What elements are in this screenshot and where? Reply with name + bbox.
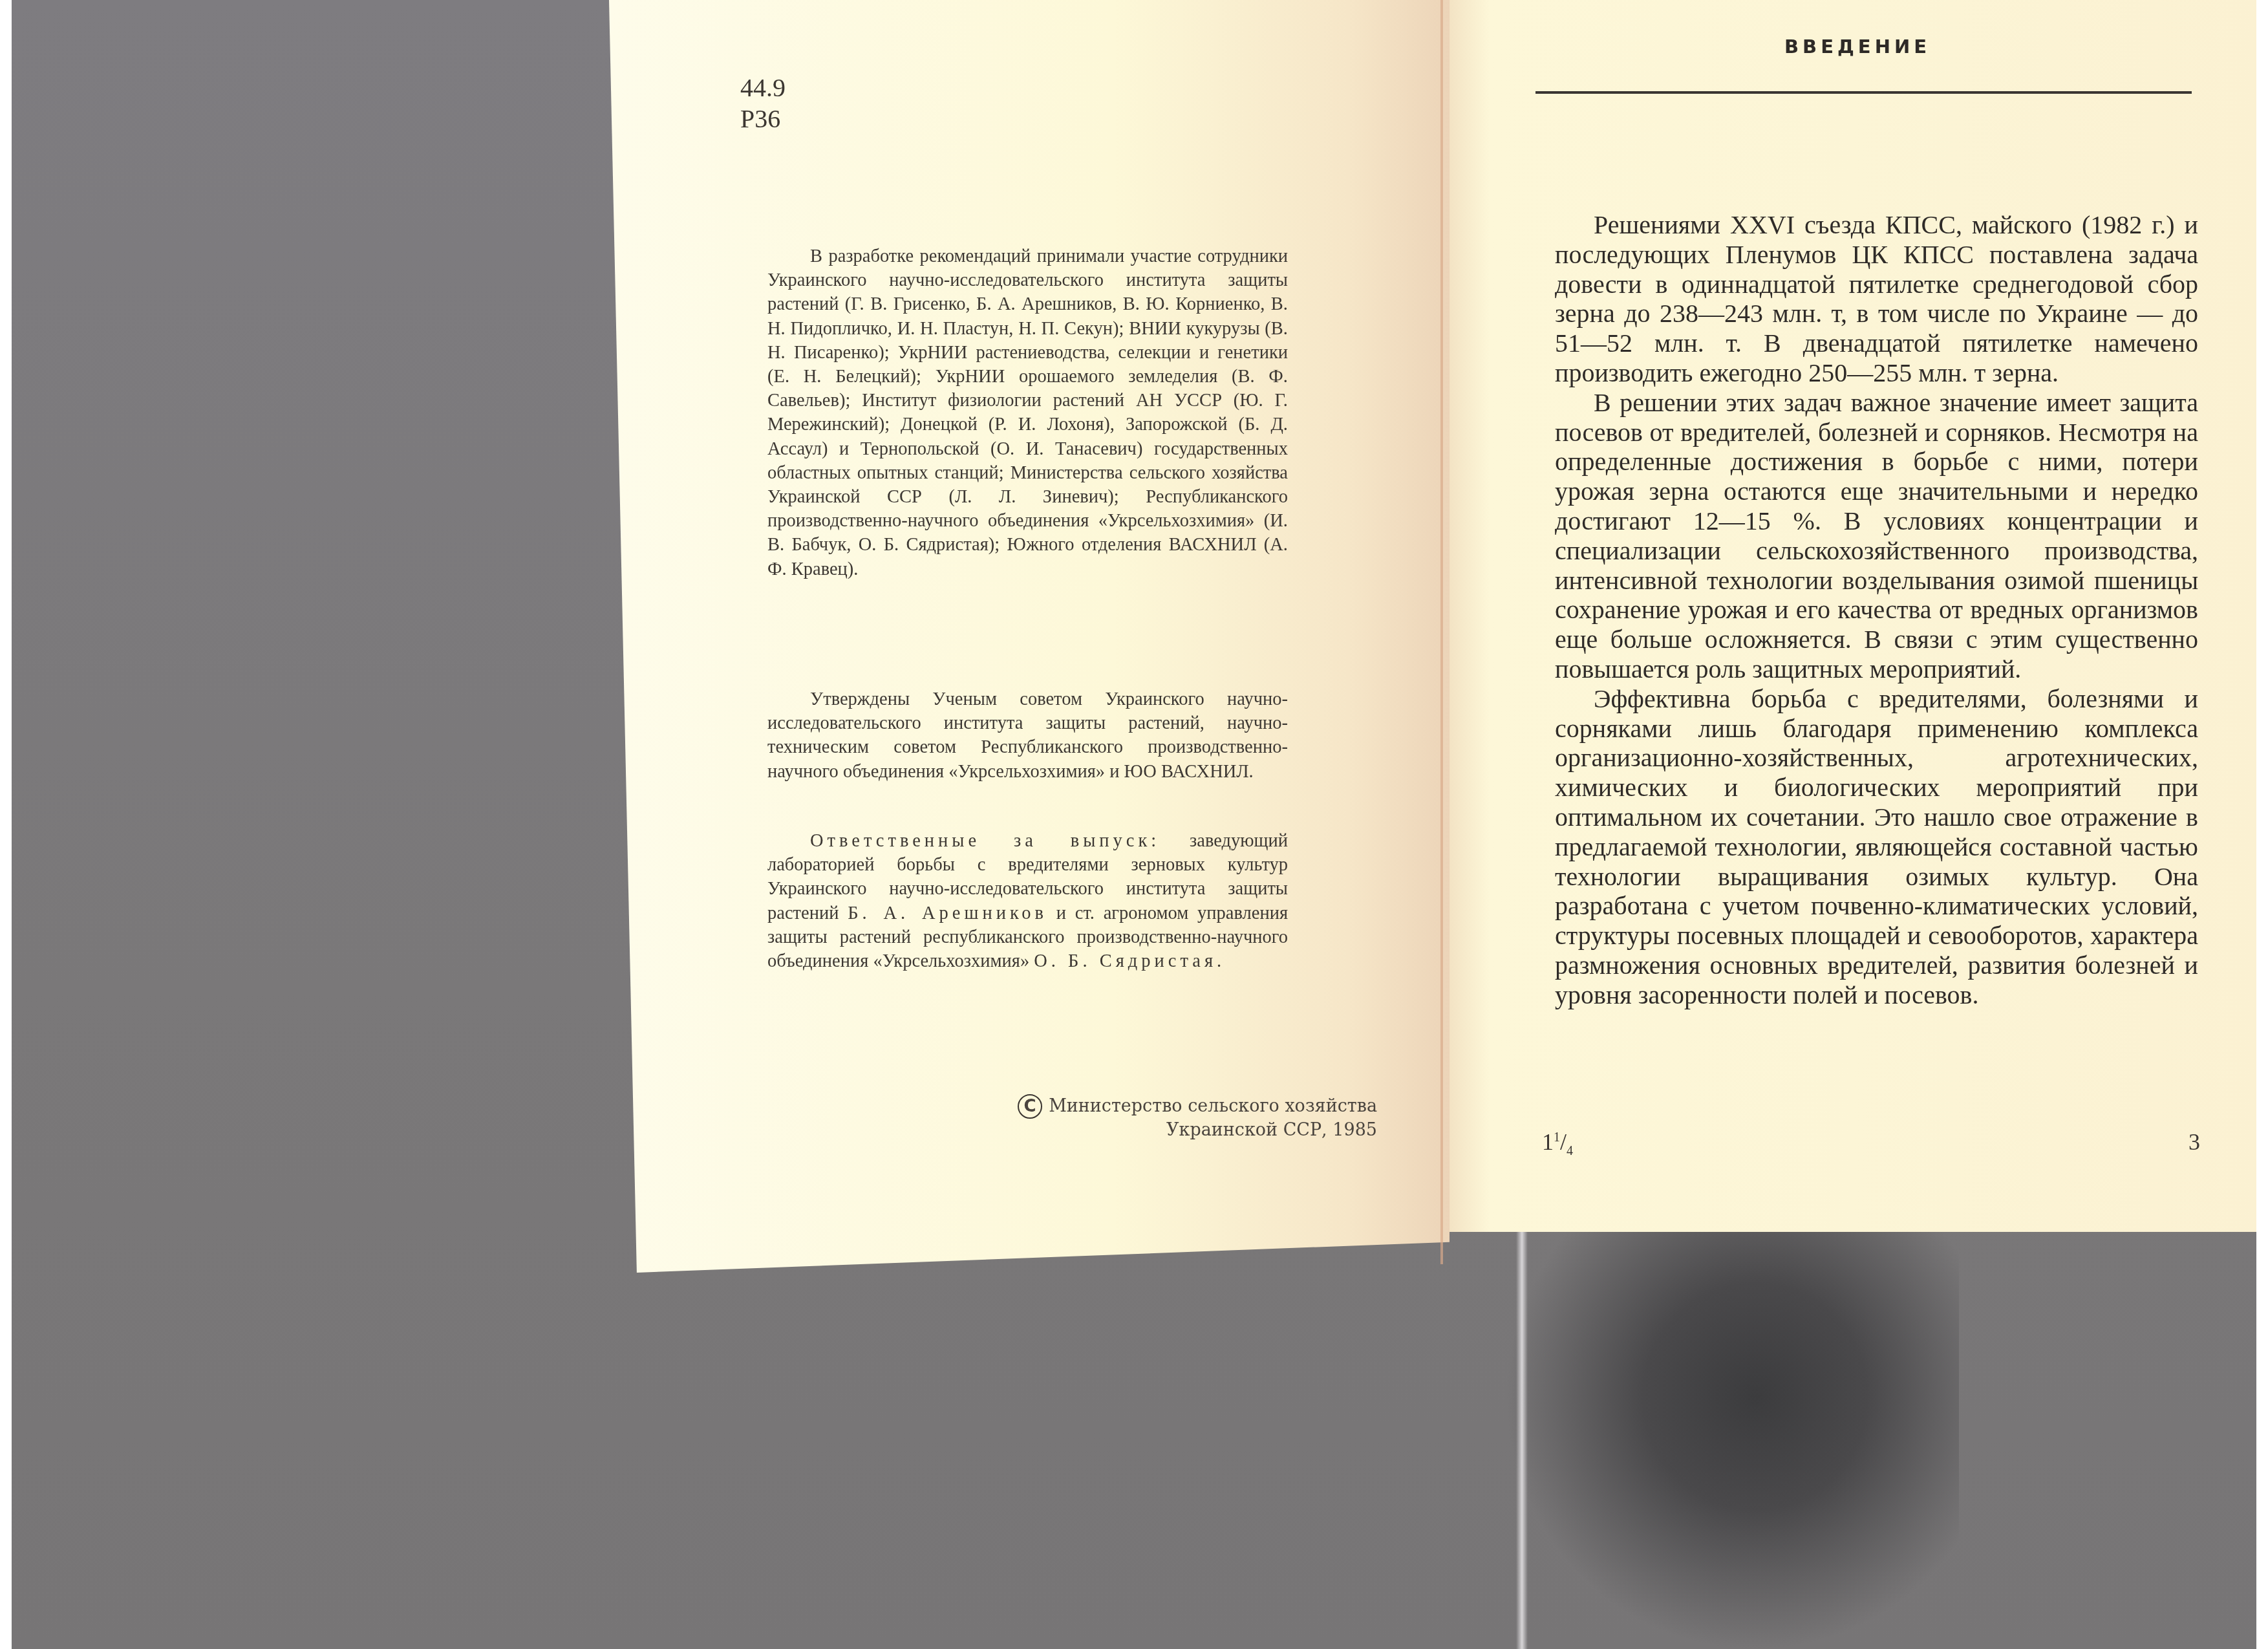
section-heading: ВВЕДЕНИЕ [1784,36,1931,58]
catalog-index-line-1: 44.9 [740,72,786,103]
signature-numerator: 1 [1554,1130,1560,1145]
copyright-line-1: Министерство сельского хозяйства [1049,1096,1377,1116]
catalog-index: 44.9 Р36 [740,72,786,135]
printer-signature-mark: 11/4 [1542,1128,1573,1159]
signature-denominator: 4 [1567,1144,1573,1158]
signature-whole: 1 [1542,1129,1554,1155]
book-edge-highlight [1516,1232,1528,1649]
heading-rule [1535,91,2192,94]
intro-paragraph-2: В решении этих задач важное значение име… [1555,388,2198,684]
copyright-line-2: Украинской ССР, 1985 [1009,1119,1377,1142]
responsible-label: Ответственные за выпуск: [810,831,1160,851]
intro-paragraph-3: Эффективна борьба с вредителями, болезня… [1555,684,2198,1010]
page-number: 3 [2188,1128,2200,1156]
approval-paragraph: Утверждены Ученым советом Украинского на… [767,687,1288,784]
book-spine [1440,0,1443,1264]
left-page [609,0,1450,1273]
responsible-paragraph: Ответственные за выпуск: заведующий лабо… [767,829,1288,973]
intro-paragraph-1: Решениями XXVI съезда КПСС, майского (19… [1555,210,2198,388]
responsible-name-2: О. Б. Сядристая. [1034,951,1225,971]
copyright-notice: CМинистерство сельского хозяйства Украин… [1009,1094,1377,1142]
introduction-body: Решениями XXVI съезда КПСС, майского (19… [1555,210,2198,1010]
catalog-index-line-2: Р36 [740,103,786,135]
copyright-icon: C [1018,1094,1042,1119]
book-shadow [1506,1229,1959,1649]
responsible-name-1: Б. А. Арешников [848,903,1047,923]
contributors-paragraph: В разработке рекомендаций принимали учас… [767,244,1288,581]
